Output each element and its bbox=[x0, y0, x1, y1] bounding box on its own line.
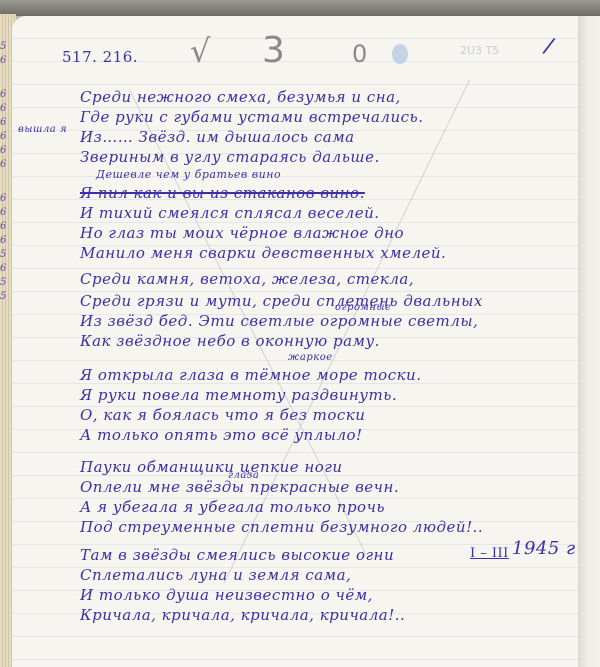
struck-poem-line: Я пил как и вы из стаканов вино. bbox=[80, 184, 365, 202]
ink-spot bbox=[392, 44, 408, 64]
notebook-cover-edge bbox=[0, 0, 600, 16]
poem-line: Я открыла глаза в тёмное море тоски. bbox=[80, 366, 422, 384]
margin-number: 6 bbox=[0, 192, 10, 206]
poem-line: Среди нежного смеха, безумья и сна, bbox=[80, 88, 401, 106]
margin-number: 6 bbox=[0, 144, 10, 158]
margin-number: 6 bbox=[0, 102, 10, 116]
poem-line: Манило меня сварки девственных хмелей. bbox=[80, 244, 446, 262]
margin-number: 6 bbox=[0, 54, 10, 68]
margin-number: 6 bbox=[0, 220, 10, 234]
insertion-above-line: жаркое bbox=[288, 352, 333, 363]
poem-line: Где руки с губами устами встречались. bbox=[80, 108, 423, 126]
margin-number: 6 bbox=[0, 88, 10, 102]
margin-number: 6 bbox=[0, 130, 10, 144]
catalog-number: 517. 216. bbox=[62, 48, 138, 66]
checkmark-icon: √ bbox=[190, 32, 210, 70]
poem-line: Я руки повела темноту раздвинуть. bbox=[80, 386, 397, 404]
poem-line: О, как я боялась что я без тоски bbox=[80, 406, 365, 424]
margin-number: 5 bbox=[0, 276, 10, 290]
margin-note: вышла я bbox=[18, 124, 67, 135]
poem-line: Оплели мне звёзды прекрасные вечн. bbox=[80, 478, 399, 496]
poem-line: Кричала, кричала, кричала, кричала!.. bbox=[80, 606, 405, 624]
margin-number: 6 bbox=[0, 262, 10, 276]
margin-gap bbox=[0, 68, 10, 88]
poem-line: Среди грязи и мути, среди сплетень дваль… bbox=[80, 292, 483, 310]
poem-line: И только душа неизвестно о чём, bbox=[80, 586, 373, 604]
poem-line: Из звёзд бед. Эти светлые огромные светл… bbox=[80, 312, 478, 330]
margin-number: 5 bbox=[0, 40, 10, 54]
poem-line: Звериным в углу стараясь дальше. bbox=[80, 148, 380, 166]
margin-numbers: 5 6 6 6 6 6 6 6 6 6 6 6 5 6 5 5 bbox=[0, 40, 10, 304]
poem-line: А я убегала я убегала только прочь bbox=[80, 498, 385, 516]
signature-year: 1945 г bbox=[512, 538, 576, 559]
margin-number: 6 bbox=[0, 158, 10, 172]
margin-number: 6 bbox=[0, 116, 10, 130]
poem-line: Но глаз ты моих чёрное влажное дно bbox=[80, 224, 404, 242]
poem-line: Среди камня, ветоха, железа, стекла, bbox=[80, 270, 414, 288]
insertion-above-line: Дешевле чем у братьев вино bbox=[96, 168, 281, 181]
poem-line: Сплетались луна и земля сама, bbox=[80, 566, 351, 584]
margin-number: 5 bbox=[0, 290, 10, 304]
page-gutter bbox=[578, 16, 600, 667]
pencil-circle-mark: 0 bbox=[352, 40, 367, 68]
poem-line: Там в звёзды смеялись высокие огни bbox=[80, 546, 394, 564]
margin-number: 6 bbox=[0, 206, 10, 220]
poem-line: И тихий смеялся сплясал веселей. bbox=[80, 204, 380, 222]
poem-line: А только опять это всё уплыло! bbox=[80, 426, 363, 444]
poem-line: Как звёздное небо в оконную раму. bbox=[80, 332, 380, 350]
pencil-number: 3 bbox=[262, 30, 285, 71]
margin-gap bbox=[0, 172, 10, 192]
faint-number: 2U3 T5 bbox=[460, 44, 499, 57]
poem-line: Из…… Звёзд. им дышалось сама bbox=[80, 128, 355, 146]
poem-line: Пауки обманщики цепкие ноги bbox=[80, 458, 343, 476]
margin-number: 6 bbox=[0, 234, 10, 248]
margin-number: 5 bbox=[0, 248, 10, 262]
poem-line: Под стреуменные сплетни безумного людей!… bbox=[80, 518, 483, 536]
date-note: I – III bbox=[470, 546, 509, 561]
